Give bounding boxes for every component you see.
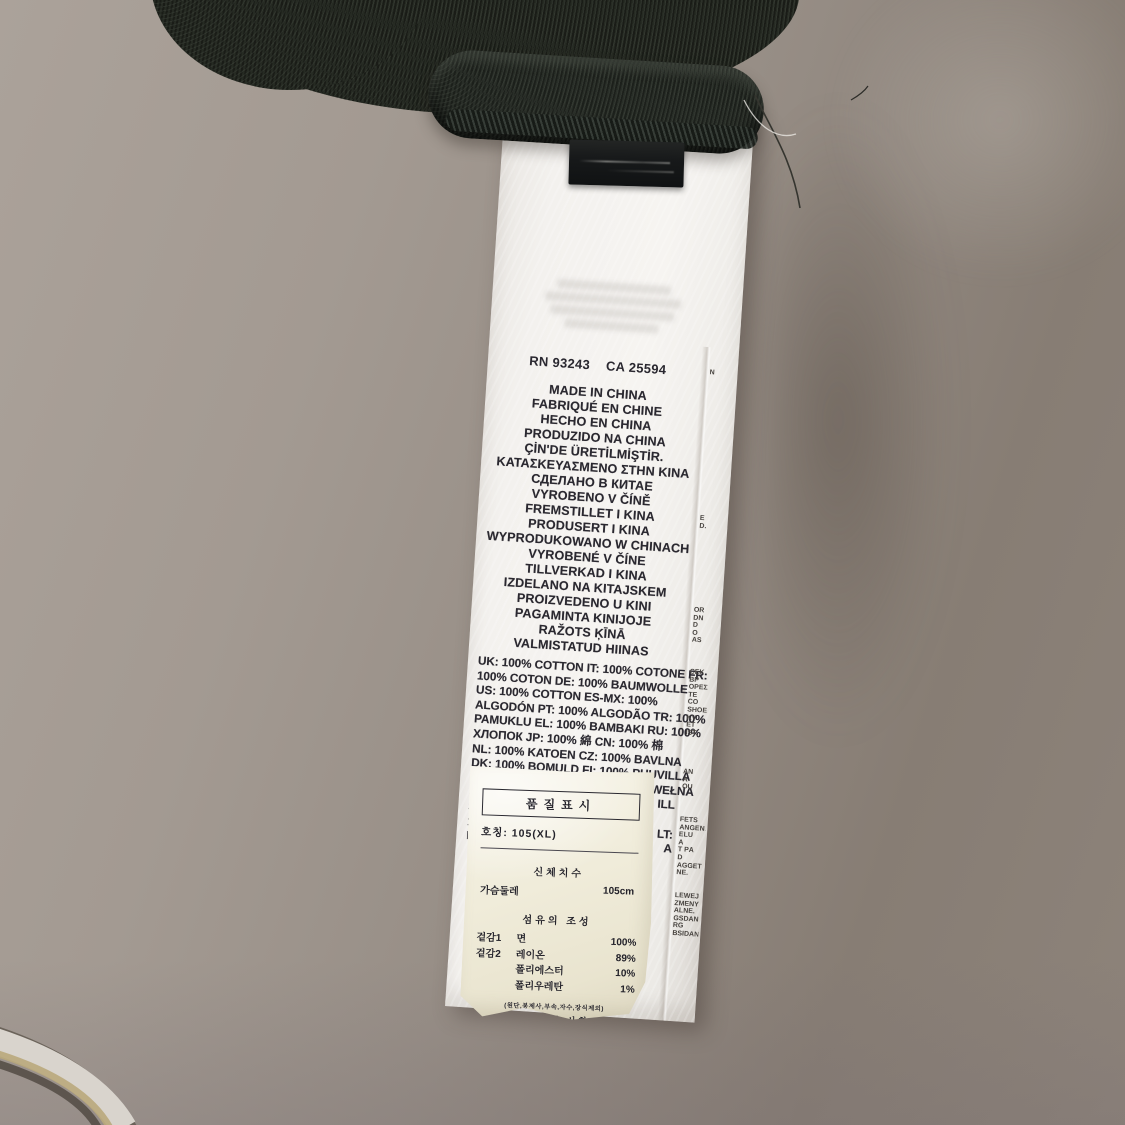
ca-number: CA 25594 [606, 358, 667, 377]
chest-label: 가슴둘레 [480, 881, 519, 897]
show-through-text [530, 273, 695, 340]
chest-measure-row: 가슴둘레 105cm [480, 881, 634, 901]
care-label-photo: RN 93243 CA 25594 MADE IN CHINA FABRIQUÉ… [0, 0, 1125, 1125]
black-brand-tag [568, 140, 684, 188]
edge-text-fragments: OR DN D O AS [692, 607, 720, 647]
body-size-heading: 신체치수 [465, 861, 653, 883]
fiber-composition-heading: 섬유의 조성 [463, 909, 651, 931]
quality-title: 품질표시 [526, 797, 597, 813]
edge-text-fragments: FETS ANGEN. ELU A T PÅ D AGGET NE. [676, 816, 706, 878]
made-in-china-block: MADE IN CHINA FABRIQUÉ EN CHINE HECHO EN… [473, 379, 706, 663]
edge-text-fragments: CEK BP OPEΣ TE CO SHOE KV ET IST. [685, 668, 715, 738]
rn-number: RN 93243 [529, 353, 591, 372]
korean-quality-sticker: 품질표시 호칭: 105(XL) 신체치수 가슴둘레 105cm 섬유의 조성 … [460, 766, 657, 1022]
fiber-table: 겉감1 면 100% 겉감2 레이온 89% 폴리에스터 10% 폴리우레탄 1… [475, 930, 637, 998]
edge-text-fragments: LEWEJ ZMENY ALNE. GSDAN RG BSIDAN. [672, 892, 701, 939]
background-highlight [830, 0, 1125, 280]
edge-text-fragments: N [709, 369, 735, 378]
faded-brand-text [607, 169, 674, 172]
rn-ca-line: RN 93243 CA 25594 [488, 350, 709, 380]
edge-text-fragments: AN A OU [682, 768, 709, 792]
quality-title-box: 품질표시 [482, 788, 641, 820]
edge-text-fragments: E D. [699, 515, 726, 532]
chest-value: 105cm [603, 886, 635, 902]
size-designation: 호칭: 105(XL) [481, 824, 640, 853]
faded-brand-text [579, 160, 670, 164]
